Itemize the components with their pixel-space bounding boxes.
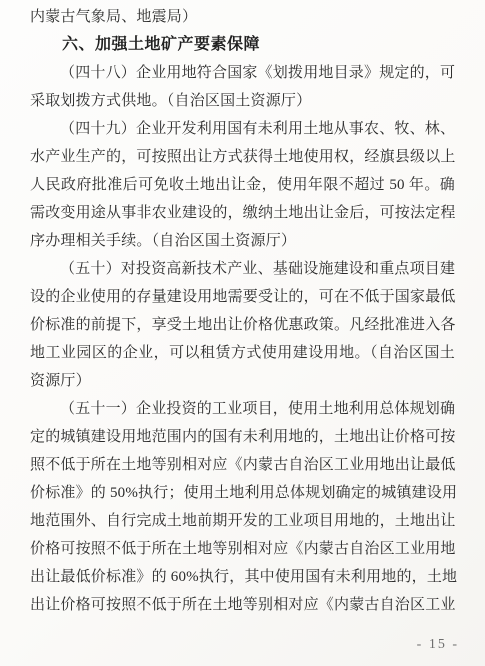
text-line: 地工业园区的企业，可以租赁方式使用建设用地。（自治区国土 — [30, 339, 455, 367]
text-line: 内蒙古气象局、地震局） — [30, 3, 455, 31]
text-line: 需改变用途从事非农业建设的，缴纳土地出让金后，可按法定程 — [30, 199, 455, 227]
text-line: 照不低于所在土地等别相对应《内蒙古自治区工业用地出让最低 — [30, 451, 455, 479]
document-page: 内蒙古气象局、地震局） 六、加强土地矿产要素保障 （四十八）企业用地符合国家《划… — [0, 0, 485, 666]
text-line: 水产业生产的，可按照出让方式获得土地使用权，经旗县级以上 — [30, 143, 455, 171]
text-line: （四十八）企业用地符合国家《划拨用地目录》规定的，可 — [30, 59, 455, 87]
text-line: 地范围外、自行完成土地前期开发的工业项目用地的，土地出让 — [30, 507, 455, 535]
section-heading: 六、加强土地矿产要素保障 — [30, 31, 455, 59]
text-line: 价格可按照不低于所在土地等别相对应《内蒙古自治区工业用地 — [30, 535, 455, 563]
text-line: 资源厅） — [30, 367, 455, 395]
text-line: 设的企业使用的存量建设用地需要受让的，可在不低于国家最低 — [30, 283, 455, 311]
text-line: 价标准的前提下，享受土地出让价格优惠政策。凡经批准进入各 — [30, 311, 455, 339]
text-line: （五十）对投资高新技术产业、基础设施建设和重点项目建 — [30, 255, 455, 283]
text-line: 出让价格可按照不低于所在土地等别相对应《内蒙古自治区工业 — [30, 591, 455, 619]
page-number: - 15 - — [417, 637, 459, 653]
text-line: （五十一）企业投资的工业项目，使用土地利用总体规划确 — [30, 395, 455, 423]
text-line: 采取划拨方式供地。（自治区国土资源厅） — [30, 87, 455, 115]
text-line: （四十九）企业开发利用国有未利用土地从事农、牧、林、 — [30, 115, 455, 143]
text-line: 人民政府批准后可免收土地出让金，使用年限不超过 50 年。确 — [30, 171, 455, 199]
text-line: 定的城镇建设用地范围内的国有未利用地的，土地出让价格可按 — [30, 423, 455, 451]
text-line: 序办理相关手续。（自治区国土资源厅） — [30, 227, 455, 255]
text-line: 出让最低价标准》的 60%执行，其中使用国有未利用地的，土地 — [30, 563, 455, 591]
text-line: 价标准》的 50%执行；使用土地利用总体规划确定的城镇建设用 — [30, 479, 455, 507]
